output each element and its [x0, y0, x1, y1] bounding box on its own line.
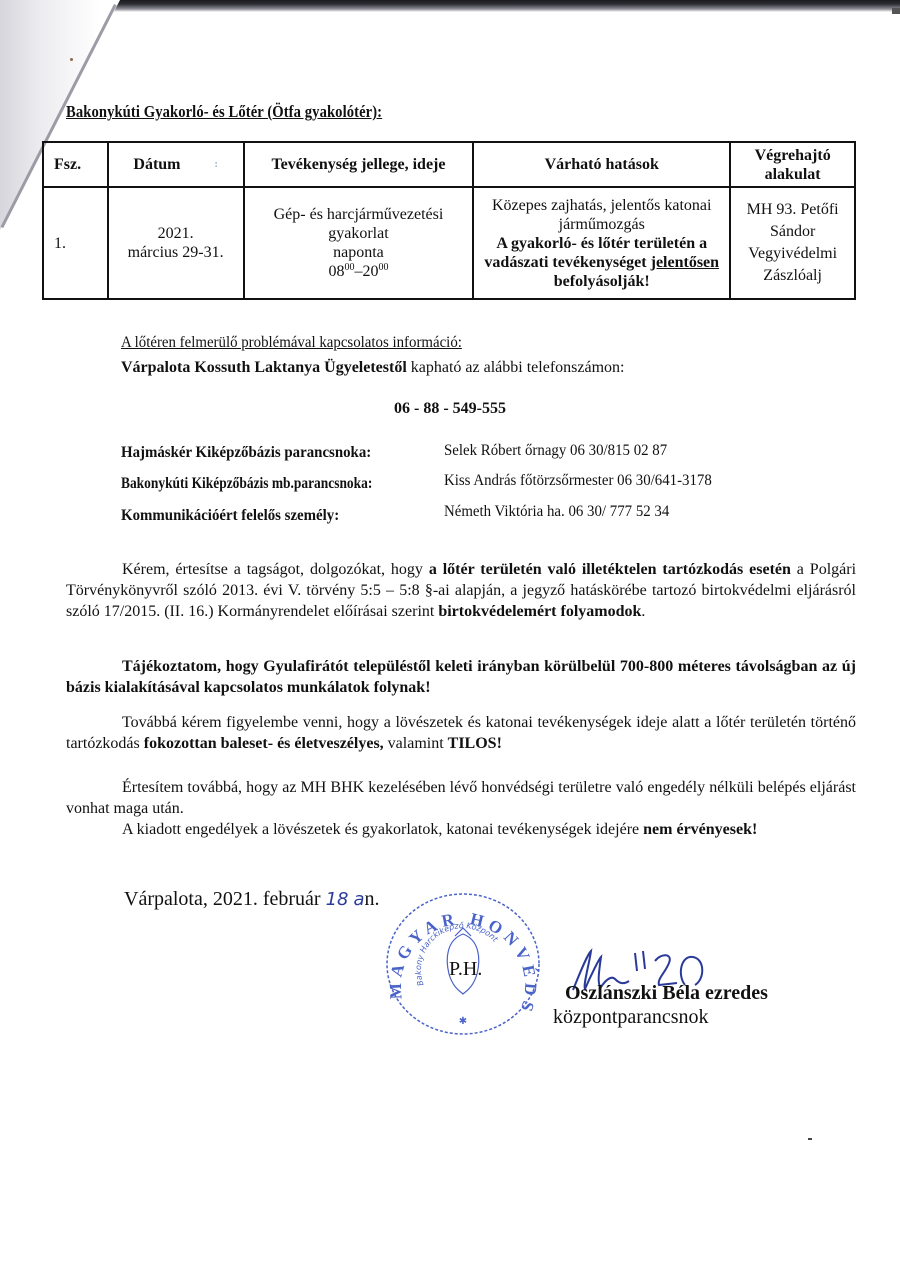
duty-phone-number: 06 - 88 - 549-555 [0, 400, 900, 418]
scan-speck [70, 58, 73, 61]
cell-effects: Közepes zajhatás, jelentős katonai jármű… [473, 187, 730, 299]
cell-unit: MH 93. Petőfi Sándor Vegyivédelmi Zászló… [730, 187, 855, 299]
activity-table: Fsz. Dátum: Tevékenység jellege, ideje V… [42, 141, 856, 300]
signer-title: központparancsnok [553, 1006, 709, 1029]
paragraph-construction-notice: Tájékoztatom, hogy Gyulafirátót települé… [66, 656, 856, 698]
signer-name: Oszlánszki Béla ezredes [565, 982, 768, 1005]
paragraph-entry-notice: Értesítem továbbá, hogy az MH BHK kezelé… [66, 777, 856, 819]
info-title: A lőtéren felmerülő problémával kapcsola… [121, 334, 462, 352]
stamp-ph-label: P.H. [449, 958, 482, 981]
scan-top-edge [0, 0, 900, 12]
scan-speck [808, 1138, 812, 1140]
cell-fsz: 1. [43, 187, 108, 299]
section-heading: Bakonykúti Gyakorló- és Lőtér (Ötfa gyak… [66, 102, 382, 122]
handwritten-day: 18 [326, 889, 349, 910]
paragraph-danger-notice: Továbbá kérem figyelembe venni, hogy a l… [66, 712, 856, 754]
place-and-date: Várpalota, 2021. február 18 an. [124, 888, 380, 911]
contact-label-hajmasker: Hajmáskér Kiképzőbázis parancsnoka: [121, 444, 371, 462]
activity-time: 0800–2000 [246, 262, 472, 281]
header-unit: Végrehajtó alakulat [730, 142, 855, 187]
contact-value-hajmasker: Selek Róbert őrnagy 06 30/815 02 87 [444, 442, 667, 460]
table-row: 1. 2021. március 29-31. Gép- és harcjárm… [43, 187, 855, 299]
header-fsz: Fsz. [43, 142, 108, 187]
contact-label-communication: Kommunikációért felelős személy: [121, 507, 339, 525]
paragraph-trespass-warning: Kérem, értesítse a tagságot, dolgozókat,… [66, 559, 856, 622]
header-date: Dátum: [108, 142, 244, 187]
contact-value-bakonykuti: Kiss András főtörzsőrmester 06 30/641-31… [444, 472, 712, 490]
paragraph-permits-notice: A kiadott engedélyek a lövészetek és gya… [66, 819, 856, 840]
info-source: Várpalota Kossuth Laktanya Ügyeletestől … [121, 359, 624, 377]
scan-corner-mark [892, 8, 900, 14]
table-header-row: Fsz. Dátum: Tevékenység jellege, ideje V… [43, 142, 855, 187]
cell-activity: Gép- és harcjárművezetési gyakorlat napo… [244, 187, 474, 299]
svg-text:✱: ✱ [459, 1016, 467, 1027]
contact-label-bakonykuti: Bakonykúti Kiképzőbázis mb.parancsnoka: [121, 475, 372, 493]
cell-date: 2021. március 29-31. [108, 187, 244, 299]
svg-text:MAGYAR HONVÉDSÉG: MAGYAR HONVÉDSÉG [383, 888, 540, 1018]
header-effects: Várható hatások [473, 142, 730, 187]
header-activity: Tevékenység jellege, ideje [244, 142, 474, 187]
contact-value-communication: Németh Viktória ha. 06 30/ 777 52 34 [444, 503, 669, 521]
